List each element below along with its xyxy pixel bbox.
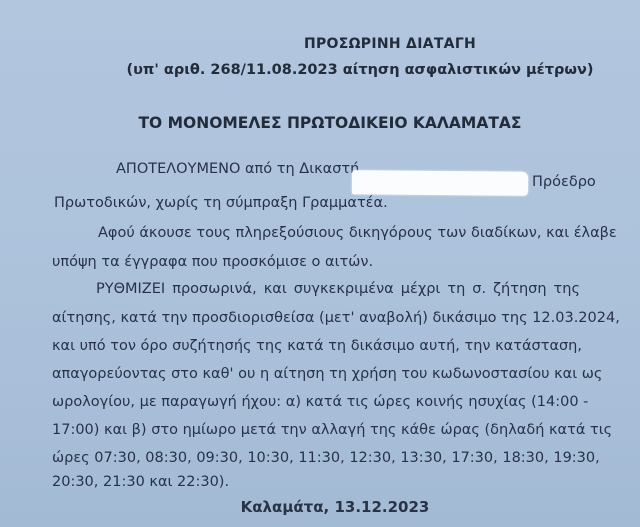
document-title: ΠΡΟΣΩΡΙΝΗ ΔΙΑΤΑΓΗ (70, 36, 640, 52)
paragraph3-line6: 17:00) και β) στο ημίωρο μετά την αλλαγή… (52, 422, 582, 438)
paragraph1-line1-left: ΑΠΟΤΕΛΟΥΜΕΝΟ από τη Δικαστή (116, 161, 359, 177)
paragraph2-line2: υπόψη τα έγγραφα που προσκόμισε ο αιτών. (52, 254, 373, 270)
paragraph3-line2: αίτησης, κατά την προσδιορισθείσα (μετ' … (52, 310, 582, 326)
paragraph1-line2: Πρωτοδικών, χωρίς τη σύμπραξη Γραμματέα. (54, 195, 388, 211)
paragraph3-line5: ωρολογίου, με παραγωγή ήχου: α) κατά τις… (52, 394, 582, 410)
paragraph3-line7: ώρες 07:30, 08:30, 09:30, 10:30, 11:30, … (52, 450, 582, 466)
paragraph3-line1: ΡΥΘΜΙΖΕΙ προσωρινά, και συγκεκριμένα μέχ… (96, 281, 580, 297)
paragraph3-line3: και υπό τον όρο συζήτησής της κατά τη δι… (52, 338, 582, 354)
paragraph2-line1: Αφού άκουσε τους πληρεξούσιους δικηγόρου… (98, 225, 617, 241)
document-subtitle: (υπ' αριθ. 268/11.08.2023 αίτηση ασφαλισ… (40, 62, 640, 78)
paragraph3-line4: απαγορεύοντας στο καθ' ου η αίτηση τη χρ… (52, 366, 582, 382)
place-date: Καλαμάτα, 13.12.2023 (0, 498, 640, 516)
paragraph3-line8: 20:30, 21:30 και 22:30). (52, 474, 229, 490)
document-page: ΠΡΟΣΩΡΙΝΗ ΔΙΑΤΑΓΗ (υπ' αριθ. 268/11.08.2… (0, 0, 640, 527)
redaction-mark (352, 170, 528, 196)
court-name: ΤΟ ΜΟΝΟΜΕΛΕΣ ΠΡΩΤΟΔΙΚΕΙΟ ΚΑΛΑΜΑΤΑΣ (10, 114, 640, 132)
paragraph1-line1-right: Πρόεδρο (532, 174, 596, 190)
